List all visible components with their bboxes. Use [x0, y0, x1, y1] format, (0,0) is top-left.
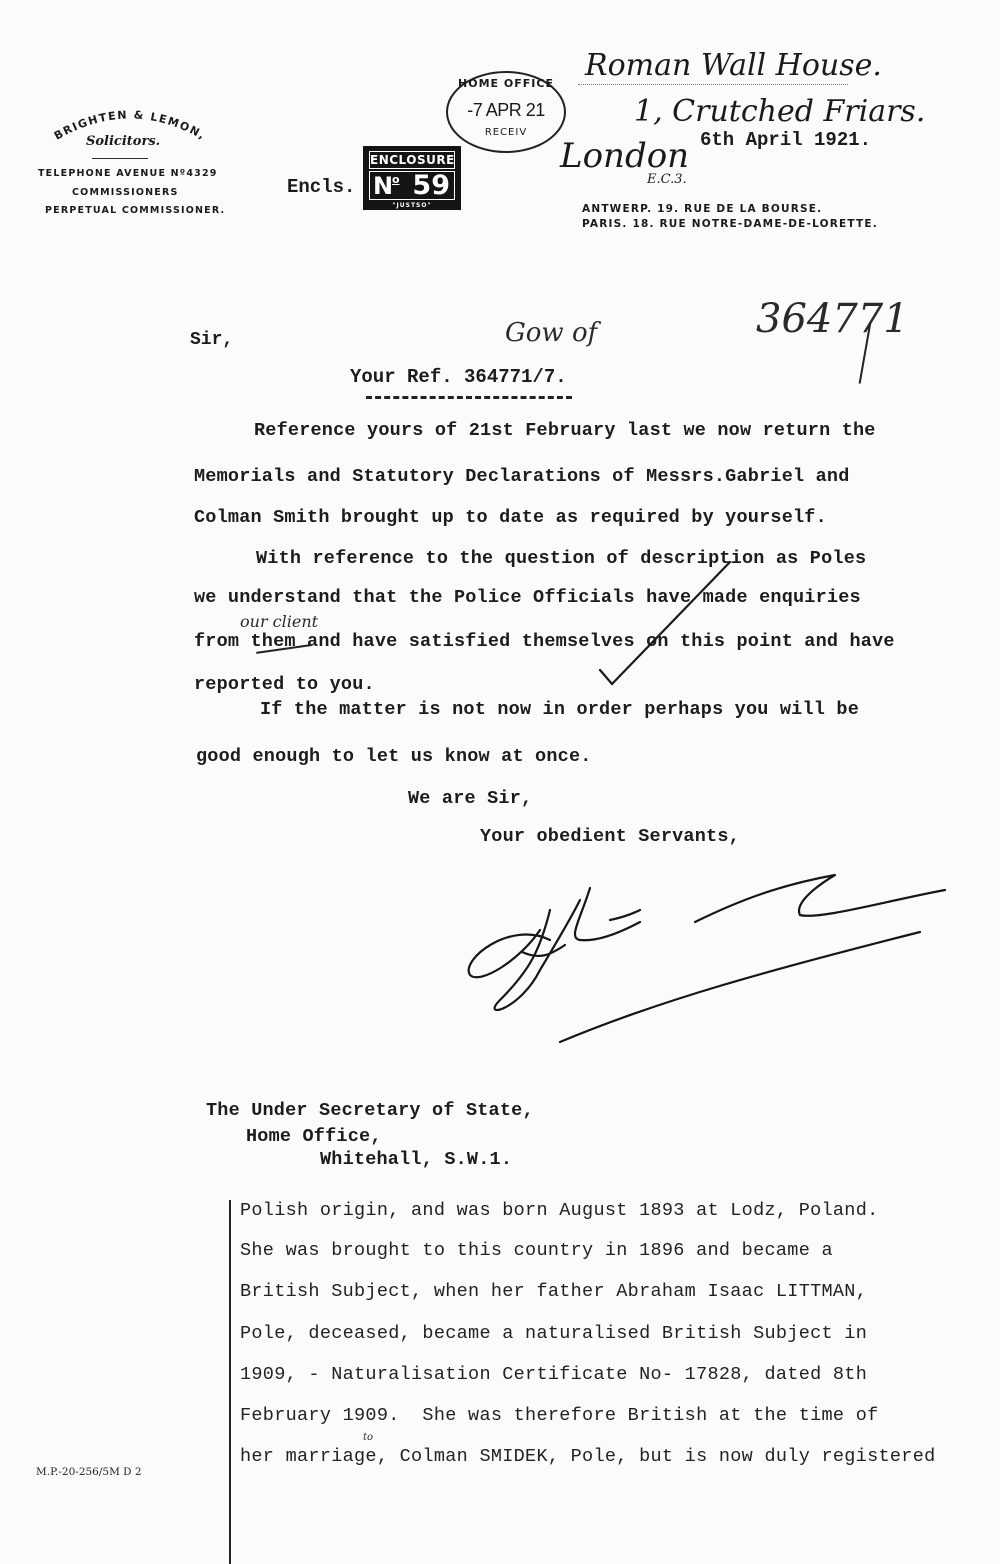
home-office-received-stamp: HOME OFFICE -7 APR 21 RECEIV [446, 71, 566, 153]
attached-line: Pole, deceased, became a naturalised Bri… [240, 1323, 867, 1344]
body-line: from them and have satisfied themselves … [194, 631, 895, 652]
attached-line: British Subject, when her father Abraham… [240, 1281, 867, 1302]
recipient-line-2: Home Office, [246, 1126, 382, 1147]
address-city: London [560, 136, 689, 176]
attached-line: Polish origin, and was born August 1893 … [240, 1200, 879, 1221]
divider [578, 84, 848, 86]
attached-line: her marriage, Colman SMIDEK, Pole, but i… [240, 1446, 936, 1467]
reference-underline [366, 396, 572, 399]
telephone-number: TELEPHONE AVENUE Nº4329 [38, 168, 218, 179]
enclosure-label: ENCLOSURE [369, 151, 455, 169]
enclosure-number-box: N o 59 [369, 171, 455, 200]
enclosure-no-suffix: o [392, 173, 400, 186]
recipient-line-3: Whitehall, S.W.1. [320, 1149, 512, 1170]
firm-role: Solicitors. [86, 134, 160, 149]
handwritten-file-number: 364771 [756, 296, 909, 342]
body-line: good enough to let us know at once. [196, 746, 592, 767]
handwritten-insertion: to [363, 1432, 373, 1443]
reference-line: Your Ref. 364771/7. [350, 366, 567, 388]
closing-line-1: We are Sir, [408, 788, 532, 809]
salutation: Sir, [190, 330, 233, 350]
encls-label: Encls. [287, 176, 355, 198]
body-line: Memorials and Statutory Declarations of … [194, 466, 850, 487]
enclosure-brand: "JUSTSO" [363, 202, 461, 209]
commissioners-label: COMMISSIONERS [72, 187, 179, 198]
body-line: we understand that the Police Officials … [194, 587, 861, 608]
address-postcode: E.C.3. [647, 172, 687, 187]
branch-paris: PARIS. 18. RUE NOTRE-DAME-DE-LORETTE. [582, 218, 878, 230]
form-code: M.P.-20-256/5M D 2 [36, 1466, 142, 1478]
attached-line: February 1909. She was therefore British… [240, 1405, 879, 1426]
enclosure-stamp: ENCLOSURE N o 59 "JUSTSO" [363, 146, 461, 210]
recipient-line-1: The Under Secretary of State, [206, 1100, 534, 1121]
signature-icon [440, 860, 980, 1060]
body-line: If the matter is not now in order perhap… [260, 699, 859, 720]
handwritten-annotation: Gow of [505, 318, 597, 348]
enclosure-no-prefix: N [373, 172, 393, 200]
branch-antwerp: ANTWERP. 19. RUE DE LA BOURSE. [582, 203, 822, 215]
stamp-date: -7 APR 21 [448, 100, 564, 121]
stamp-top-text: HOME OFFICE [448, 77, 564, 90]
body-line: reported to you. [194, 674, 375, 695]
divider [92, 158, 148, 159]
attached-line: 1909, - Naturalisation Certificate No- 1… [240, 1364, 867, 1385]
letter-date: 6th April 1921. [700, 129, 871, 151]
address-line-1: Roman Wall House. [585, 48, 882, 83]
body-line: Colman Smith brought up to date as requi… [194, 507, 827, 528]
checkmark-icon [590, 560, 740, 690]
body-line: With reference to the question of descri… [256, 548, 866, 569]
closing-line-2: Your obedient Servants, [480, 826, 740, 847]
enclosure-number: 59 [412, 170, 450, 201]
body-line: Reference yours of 21st February last we… [254, 420, 876, 441]
stamp-bottom-text: RECEIV [448, 127, 564, 138]
attached-page-edge [229, 1200, 231, 1564]
perpetual-commissioner-label: PERPETUAL COMMISSIONER. [45, 205, 225, 216]
address-line-2: 1, Crutched Friars. [634, 94, 925, 129]
handwritten-insertion: our client [240, 612, 318, 631]
attached-line: She was brought to this country in 1896 … [240, 1240, 833, 1261]
